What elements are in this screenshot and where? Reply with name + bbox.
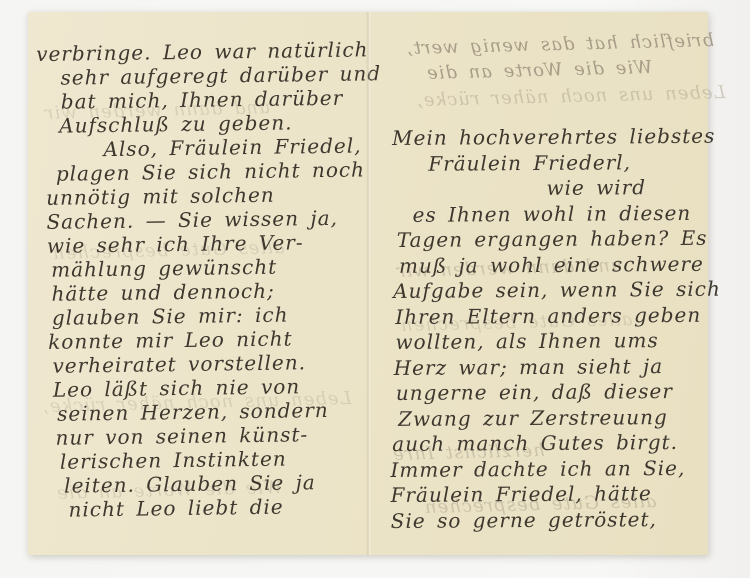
handwriting-line: seinen Herzen, sondern [57,397,376,425]
letter-page-right: Mein hochverehrtes liebstes Fräulein Fri… [388,124,721,534]
letter-page-left: verbringe. Leo war natürlich sehr aufger… [36,37,378,522]
handwriting-line: Aufgabe sein, wenn Sie sich [393,277,719,305]
handwriting-line: Sachen. — Sie wissen ja, [46,205,373,234]
handwriting-line: plagen Sie sich nicht noch [56,157,373,185]
handwriting-line: Ihren Eltern anders geben [395,302,719,330]
handwriting-line: Fräulein Friedel, hätte [390,481,720,509]
ink-showthrough: Wie die Worte an die [426,57,653,84]
handwriting-line: es Ihnen wohl in diesen [413,200,719,228]
handwriting-line: Fräulein Friederl, [428,149,718,177]
handwriting-line: Tagen ergangen haben? Es [397,226,719,254]
handwriting-line: muß ja wohl eine schwere [399,251,719,279]
ink-showthrough: Leben uns noch näher rücke, [416,82,726,111]
handwriting-line: wollten, als Ihnen ums [395,328,719,356]
handwriting-line: ungerne ein, daß dieser [396,379,720,407]
handwriting-line: Sie so gerne getröstet, [391,506,721,534]
scan-background: brieflich hat das wenig wert, Wie die Wo… [0,0,750,578]
handwriting-line: Immer dachte ich an Sie, [390,455,720,483]
handwriting-line: nicht Leo liebt die [68,493,377,521]
ink-showthrough: brieflich hat das wenig wert, [406,30,714,59]
handwriting-line: bat mich, Ihnen darüber [61,85,372,113]
fold-crease [366,12,371,555]
letter-sheet: brieflich hat das wenig wert, Wie die Wo… [28,12,708,555]
handwriting-line: Zwang zur Zerstreuung [398,404,720,432]
handwriting-line: Herz war; man sieht ja [394,353,720,381]
handwriting-line: auch manch Gutes birgt. [392,430,720,458]
handwriting-line: Mein hochverehrtes liebstes [392,124,718,152]
handwriting-line: wie wird [546,175,718,202]
